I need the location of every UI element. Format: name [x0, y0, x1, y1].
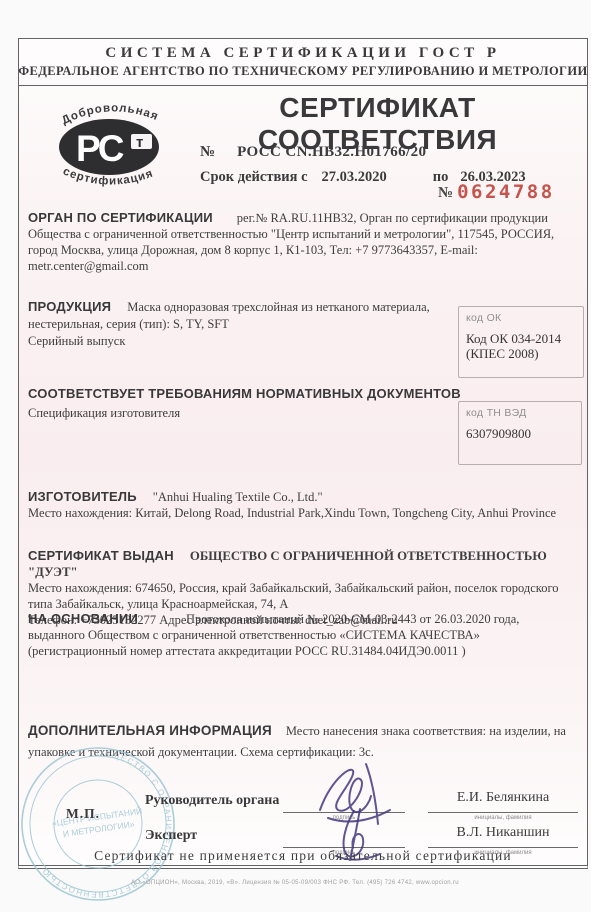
- section-manufacturer: ИЗГОТОВИТЕЛЬ"Anhui Hualing Textile Co., …: [28, 489, 578, 521]
- tnved-code-box: код ТН ВЭД 6307909800: [458, 401, 582, 465]
- head-name-line: Е.И. Белянкина: [428, 790, 578, 813]
- expert-role-label: Эксперт: [145, 828, 197, 844]
- certification-system-line: СИСТЕМА СЕРТИФИКАЦИИ ГОСТ Р: [18, 45, 588, 62]
- blank-serial-number: №0624788: [438, 181, 583, 203]
- tnved-code-label: код ТН ВЭД: [466, 407, 574, 419]
- certificate-page: СИСТЕМА СЕРТИФИКАЦИИ ГОСТ Р ФЕДЕРАЛЬНОЕ …: [0, 0, 591, 912]
- manufacturer-address: Место нахождения: Китай, Delong Road, In…: [28, 505, 578, 521]
- manufacturer-label: ИЗГОТОВИТЕЛЬ: [28, 489, 137, 504]
- number-sign: №: [200, 144, 215, 160]
- manufacturer-name: "Anhui Hualing Textile Co., Ltd.": [153, 490, 323, 504]
- head-role-label: Руководитель органа: [145, 793, 279, 809]
- printer-fine-print: АО «ОПЦИОН», Москва, 2019, «В». Лицензия…: [60, 880, 530, 886]
- serial-number-sign: №: [438, 185, 453, 201]
- stamp-place-label: М.П.: [66, 806, 100, 822]
- ok-code-value: Код ОК 034-2014 (КПЕС 2008): [466, 331, 576, 361]
- validity-prefix: Срок действия с: [200, 169, 308, 185]
- basis-label: НА ОСНОВАНИИ: [28, 611, 138, 626]
- expert-name-line: В.Л. Никаншин: [428, 825, 578, 848]
- product-issue-type: Серийный выпуск: [28, 333, 458, 350]
- logo-mark-small-letter: т: [136, 134, 143, 151]
- head-name-caption: инициалы, фамилия: [428, 815, 578, 821]
- issued-to-label: СЕРТИФИКАТ ВЫДАН: [28, 548, 174, 563]
- bottom-note: Сертификат не применяется при обязательн…: [18, 848, 588, 864]
- head-name: Е.И. Белянкина: [457, 790, 549, 805]
- registration-number: РОСС CN.HB32.H01766/20: [237, 144, 426, 160]
- additional-info-label: ДОПОЛНИТЕЛЬНАЯ ИНФОРМАЦИЯ: [28, 723, 272, 738]
- ok-code-label: код ОК: [466, 312, 576, 324]
- tnved-code-value: 6307909800: [466, 426, 574, 441]
- product-label: ПРОДУКЦИЯ: [28, 299, 111, 314]
- logo-mark-letters: РС: [76, 128, 124, 169]
- head-signature-line: [283, 792, 405, 813]
- section-basis: НА ОСНОВАНИИПротокола испытаний № 2020-С…: [28, 611, 578, 659]
- section-certification-body: ОРГАН ПО СЕРТИФИКАЦИИрег.№ RA.RU.11HB32,…: [28, 210, 578, 274]
- conforms-label: СООТВЕТСТВУЕТ ТРЕБОВАНИЯМ НОРМАТИВНЫХ ДО…: [28, 386, 578, 402]
- issued-to-address: Место нахождения: 674650, Россия, край З…: [28, 580, 578, 612]
- serial-number-digits: 0624788: [457, 181, 555, 203]
- valid-from-date: 27.03.2020: [322, 169, 387, 185]
- section-product: ПРОДУКЦИЯМаска одноразовая трехслойная и…: [28, 298, 458, 350]
- certification-body-label: ОРГАН ПО СЕРТИФИКАЦИИ: [28, 210, 213, 225]
- ok-code-box: код ОК Код ОК 034-2014 (КПЕС 2008): [458, 306, 584, 378]
- expert-signature-line: [283, 827, 405, 848]
- head-signature-caption: подпись: [283, 815, 405, 821]
- agency-line: ФЕДЕРАЛЬНОЕ АГЕНТСТВО ПО ТЕХНИЧЕСКОМУ РЕ…: [18, 64, 588, 79]
- certificate-header: СИСТЕМА СЕРТИФИКАЦИИ ГОСТ Р ФЕДЕРАЛЬНОЕ …: [18, 39, 588, 86]
- registration-number-row: №РОСС CN.HB32.H01766/20: [200, 144, 426, 161]
- expert-name: В.Л. Никаншин: [457, 825, 550, 840]
- rst-logo-icon: Добровольная РС т сертификация: [28, 88, 190, 202]
